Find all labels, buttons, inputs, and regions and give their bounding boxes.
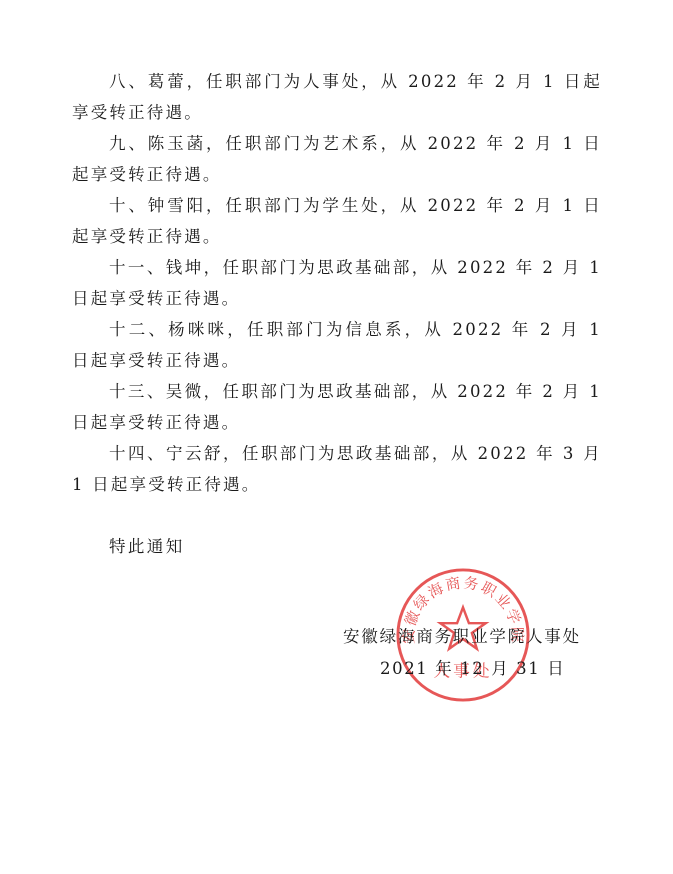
paragraph-item-9: 九、陈玉菡，任职部门为艺术系，从 2022 年 2 月 1 日起享受转正待遇。	[72, 128, 602, 190]
paragraph-item-13: 十三、吴微，任职部门为思政基础部，从 2022 年 2 月 1 日起享受转正待遇…	[72, 376, 602, 438]
paragraph-item-8: 八、葛蕾，任职部门为人事处，从 2022 年 2 月 1 日起享受转正待遇。	[72, 66, 602, 128]
paragraph-item-14: 十四、宁云舒，任职部门为思政基础部，从 2022 年 3 月 1 日起享受转正待…	[72, 438, 602, 500]
paragraph-item-10: 十、钟雪阳，任职部门为学生处，从 2022 年 2 月 1 日起享受转正待遇。	[72, 190, 602, 252]
issuing-organization: 安徽绿海商务职业学院人事处	[343, 621, 581, 653]
signature-block: 安徽绿海商务职业学院人事处 2021 年 12 月 31 日	[343, 621, 581, 685]
issue-date: 2021 年 12 月 31 日	[343, 653, 581, 685]
paragraph-item-11: 十一、钱坤，任职部门为思政基础部，从 2022 年 2 月 1 日起享受转正待遇…	[72, 252, 602, 314]
notice-body: 八、葛蕾，任职部门为人事处，从 2022 年 2 月 1 日起享受转正待遇。 九…	[72, 66, 602, 500]
closing-remark: 特此通知	[109, 533, 185, 561]
document-page: 八、葛蕾，任职部门为人事处，从 2022 年 2 月 1 日起享受转正待遇。 九…	[0, 0, 673, 874]
paragraph-item-12: 十二、杨咪咪，任职部门为信息系，从 2022 年 2 月 1 日起享受转正待遇。	[72, 314, 602, 376]
